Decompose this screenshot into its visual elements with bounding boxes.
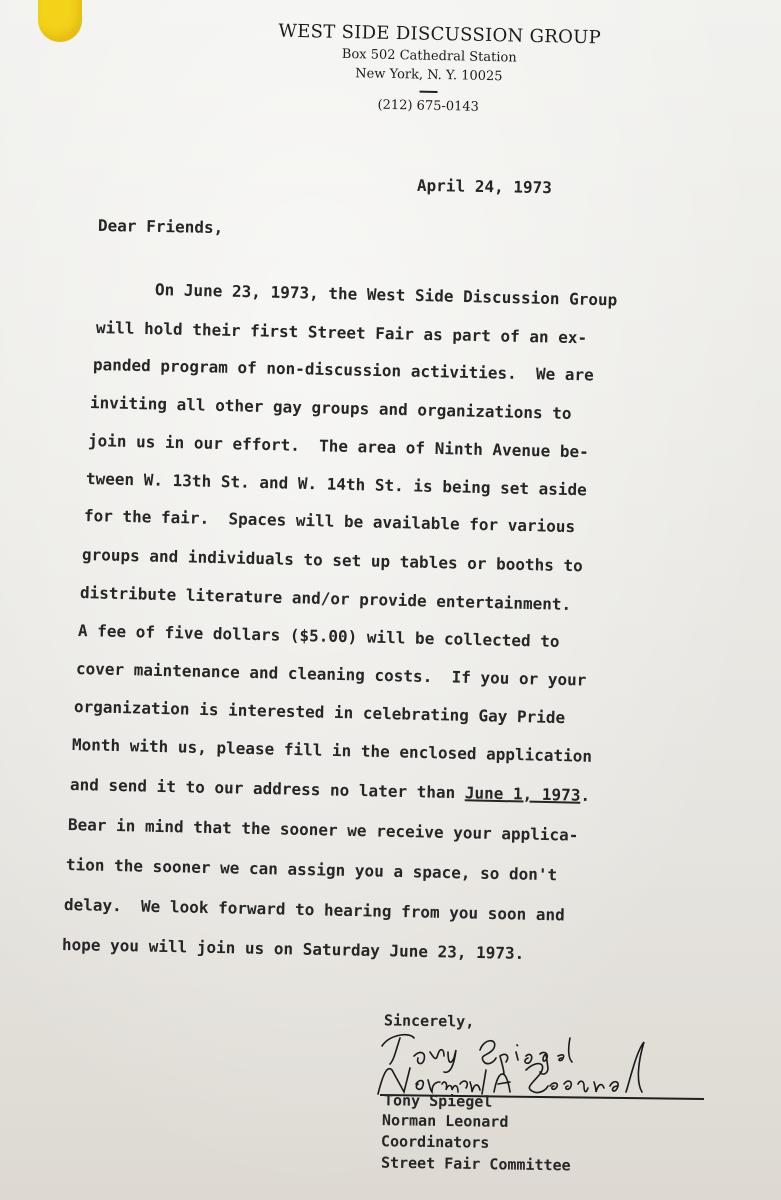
body-line: inviting all other gay groups and organi…	[90, 393, 572, 423]
body-line: cover maintenance and cleaning costs. If…	[76, 659, 587, 690]
body-line: hope you will join us on Saturday June 2…	[62, 935, 525, 963]
body-line: Month with us, please fill in the enclos…	[72, 735, 592, 766]
body-line: Bear in mind that the sooner we receive …	[68, 815, 579, 845]
body-line: join us in our effort. The area of Ninth…	[88, 431, 589, 461]
phone-number: (212) 675-0143	[248, 95, 608, 118]
signer-line: Norman Leonard	[382, 1111, 509, 1131]
body-line: tion the sooner we can assign you a spac…	[66, 855, 558, 884]
body-line: On June 23, 1973, the West Side Discussi…	[155, 280, 618, 309]
salutation: Dear Friends,	[98, 216, 224, 237]
body-line: panded program of non-discussion activit…	[93, 355, 594, 384]
letter-date: April 24, 1973	[417, 176, 552, 197]
address-line-2: New York, N. Y. 10025	[249, 64, 609, 87]
body-line: groups and individuals to set up tables …	[82, 545, 583, 575]
signer-line: Street Fair Committee	[381, 1154, 571, 1175]
body-line: and send it to our address no later than…	[70, 775, 590, 805]
body-line: for the fair. Spaces will be available f…	[84, 506, 576, 536]
yellow-sticky-mark	[38, 0, 82, 42]
organization-name: WEST SIDE DISCUSSION GROUP	[270, 20, 610, 48]
body-line: tween W. 13th St. and W. 14th St. is bei…	[86, 469, 587, 499]
letterhead: WEST SIDE DISCUSSION GROUP Box 502 Cathe…	[248, 20, 610, 118]
body-line: organization is interested in celebratin…	[74, 697, 566, 727]
body-line: delay. We look forward to hearing from y…	[64, 895, 565, 924]
letterhead-divider	[420, 91, 438, 93]
body-line: will hold their first Street Fair as par…	[96, 318, 588, 347]
letter-page: WEST SIDE DISCUSSION GROUP Box 502 Cathe…	[0, 0, 781, 1200]
deadline-date: June 1, 1973	[465, 783, 581, 804]
body-line: A fee of five dollars ($5.00) will be co…	[78, 621, 560, 651]
handwritten-signatures	[370, 1030, 710, 1100]
closing: Sincerely,	[384, 1011, 475, 1030]
signer-line: Tony Spiegel	[384, 1091, 493, 1111]
body-line: distribute literature and/or provide ent…	[80, 583, 572, 614]
signer-line: Coordinators	[381, 1132, 490, 1152]
